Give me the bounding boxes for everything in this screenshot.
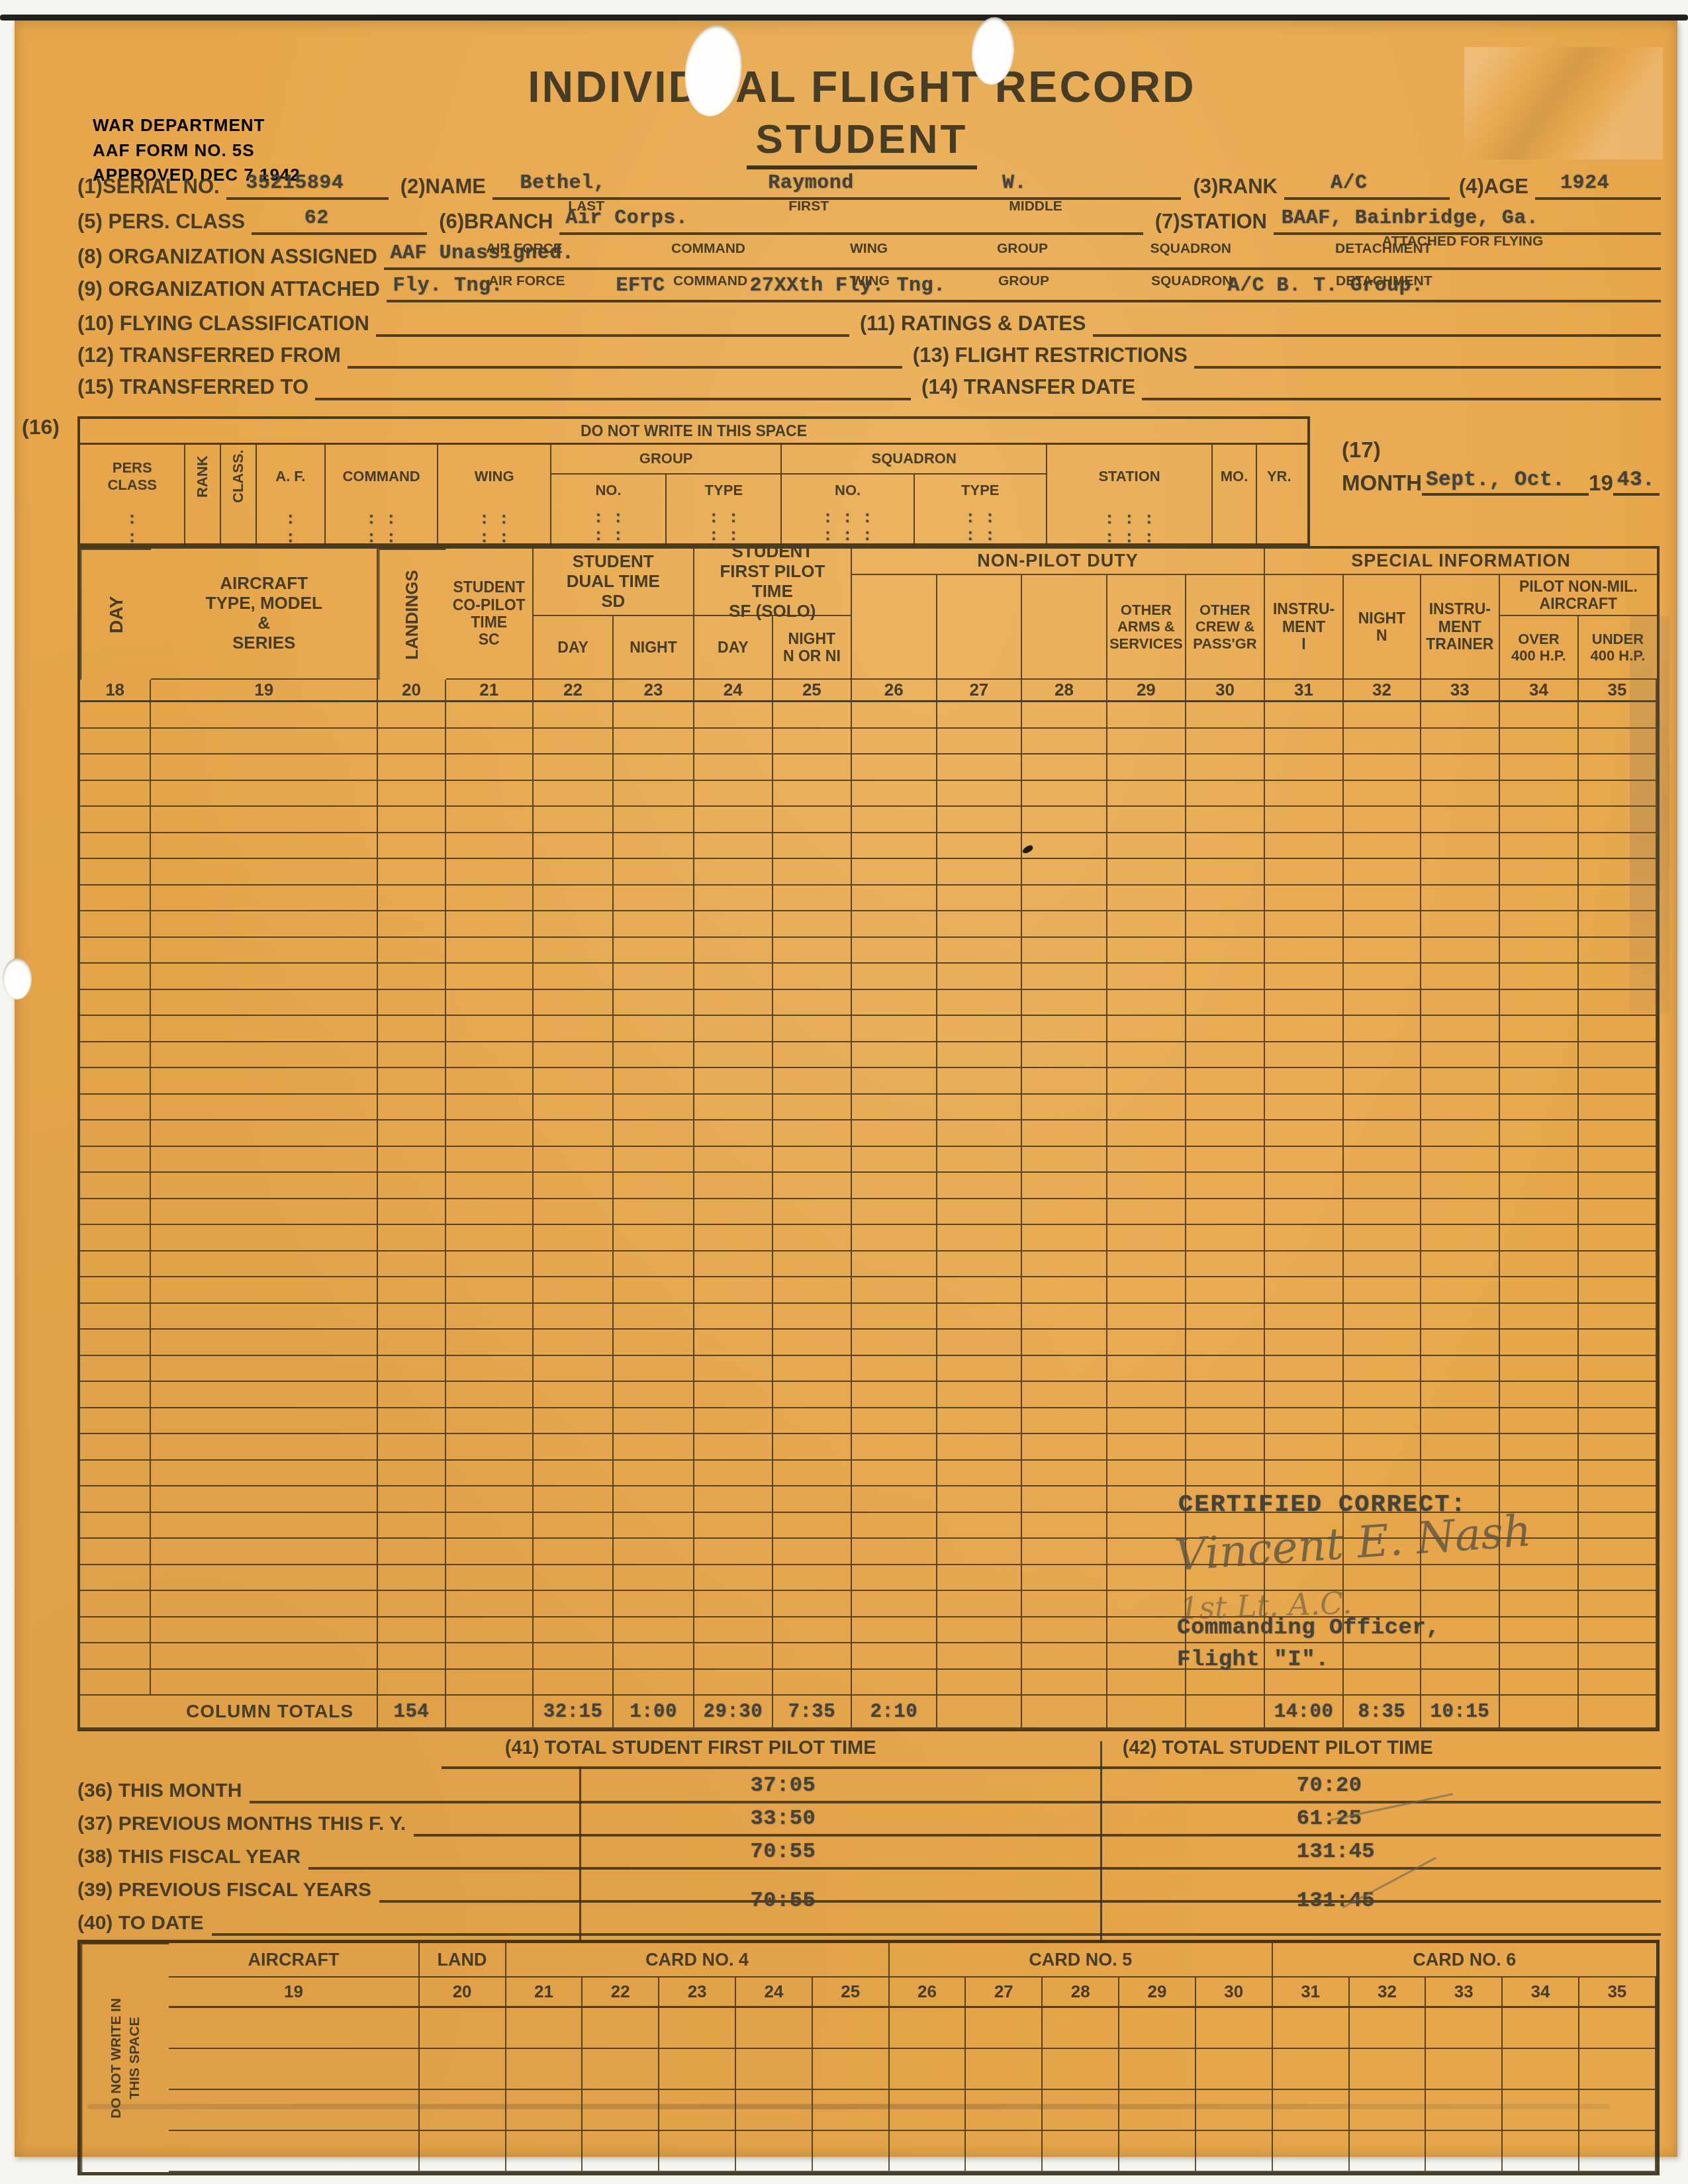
bottom-grid-cell bbox=[1273, 2008, 1350, 2049]
grid-cell bbox=[378, 990, 445, 1017]
grid-cell bbox=[1022, 1095, 1107, 1121]
grid-cell bbox=[446, 1304, 534, 1330]
totals-row-37: (37) PREVIOUS MONTHS THIS F. Y. 33:50 61… bbox=[77, 1803, 1661, 1837]
field-row-15-14: (15) TRANSFERRED TO (14) TRANSFER DATE bbox=[77, 367, 1661, 400]
box16-af-dots: : : bbox=[257, 508, 324, 547]
grid-cell bbox=[446, 1173, 534, 1199]
grid-cell bbox=[614, 1382, 694, 1408]
grid-cell bbox=[534, 1670, 614, 1696]
grid-cell bbox=[378, 1095, 445, 1121]
bottom-grid-cell bbox=[1119, 2049, 1196, 2090]
grid-cell bbox=[1186, 911, 1265, 938]
grid-cell bbox=[1344, 833, 1421, 860]
grid-cell bbox=[1579, 990, 1657, 1017]
grid-cell bbox=[1265, 1461, 1344, 1487]
grid-cell bbox=[80, 781, 151, 807]
grid-cell bbox=[1265, 1042, 1344, 1069]
box16-col-group: GROUP NO. TYPE : : : : : : : : bbox=[551, 445, 782, 546]
grid-cell bbox=[1022, 1670, 1107, 1696]
box16-station-header: STATION bbox=[1047, 445, 1211, 508]
grid-cell bbox=[1344, 1591, 1421, 1617]
grid-cell bbox=[937, 964, 1023, 990]
grid-cell bbox=[378, 1486, 445, 1513]
grid-cell bbox=[852, 702, 937, 729]
grid-cell bbox=[614, 1486, 694, 1513]
scan-edge-shadow bbox=[0, 15, 1688, 21]
box16-group-subheaders: NO. TYPE bbox=[551, 475, 781, 507]
grid-cell bbox=[1344, 1068, 1421, 1095]
grid-cell bbox=[1107, 754, 1186, 781]
grid-cell bbox=[852, 1382, 937, 1408]
grid-cell bbox=[1344, 729, 1421, 755]
grid-cell bbox=[151, 1016, 378, 1042]
grid-cell bbox=[1265, 781, 1344, 807]
grid-cell bbox=[852, 1513, 937, 1539]
box16-group-no-dots: : : : : bbox=[551, 507, 667, 546]
grid-cell bbox=[446, 1539, 534, 1565]
field-row-12-13: (12) TRANSFERRED FROM (13) FLIGHT RESTRI… bbox=[77, 336, 1661, 369]
org-sub-detachment: DETACHMENT bbox=[1335, 241, 1431, 257]
col-instrument-header: INSTRU- MENT I bbox=[1265, 575, 1344, 680]
grid-cell bbox=[1022, 1356, 1107, 1383]
grid-cell bbox=[614, 1277, 694, 1304]
grid-cell bbox=[378, 1513, 445, 1539]
grid-cell bbox=[1265, 1277, 1344, 1304]
grid-cell bbox=[1265, 859, 1344, 886]
grid-cell bbox=[1421, 938, 1500, 964]
grid-cell bbox=[1186, 1016, 1265, 1042]
grid-cell bbox=[151, 1486, 378, 1513]
grid-cell bbox=[937, 729, 1023, 755]
grid-cell bbox=[1186, 1330, 1265, 1356]
month-printed-19: 19 bbox=[1589, 471, 1613, 496]
grid-cell bbox=[80, 911, 151, 938]
grid-cell bbox=[446, 1670, 534, 1696]
bottom-grid-cell bbox=[1579, 2090, 1656, 2131]
grid-cell bbox=[773, 964, 852, 990]
grid-cell bbox=[1421, 964, 1500, 990]
grid-cell bbox=[80, 1330, 151, 1356]
grid-cell bbox=[1265, 729, 1344, 755]
grid-cell bbox=[1421, 886, 1500, 912]
column-totals-label: COLUMN TOTALS bbox=[80, 1696, 378, 1729]
col-instrument-trainer-header: INSTRU- MENT TRAINER bbox=[1421, 575, 1500, 680]
grid-cell bbox=[151, 1513, 378, 1539]
grid-cell bbox=[694, 1670, 773, 1696]
grid-cell bbox=[1579, 1408, 1657, 1435]
grid-cell bbox=[1344, 1408, 1421, 1435]
bottom-grid-cell bbox=[1043, 2008, 1119, 2049]
grid-cell bbox=[80, 938, 151, 964]
grid-cell bbox=[852, 1356, 937, 1383]
grid-cell bbox=[1579, 1016, 1657, 1042]
col-aircraft-header: AIRCRAFT TYPE, MODEL & SERIES bbox=[151, 549, 378, 680]
column-total-cell: 8:35 bbox=[1344, 1696, 1421, 1729]
grid-cell bbox=[378, 911, 445, 938]
grid-cell bbox=[1107, 729, 1186, 755]
branch-label: (6)BRANCH bbox=[427, 210, 559, 235]
grid-cell bbox=[1344, 938, 1421, 964]
grid-cell bbox=[1022, 1173, 1107, 1199]
grid-cell bbox=[773, 781, 852, 807]
bottom-grid-cell bbox=[1350, 2131, 1427, 2172]
bottom-grid-cell bbox=[736, 2008, 813, 2049]
grid-cell bbox=[1186, 990, 1265, 1017]
grid-cell bbox=[1421, 781, 1500, 807]
grid-cell bbox=[1107, 1199, 1186, 1226]
totals-row-40: (40) TO DATE 70:55 131:45 bbox=[77, 1903, 1661, 1936]
grid-cell bbox=[694, 1277, 773, 1304]
box16-command-dots: : : : : bbox=[326, 508, 438, 547]
grid-cell bbox=[534, 1095, 614, 1121]
bottom-column-number-cell: 27 bbox=[966, 1978, 1043, 2008]
column-total-cell: 1:00 bbox=[614, 1696, 694, 1729]
grid-cell bbox=[773, 911, 852, 938]
grid-cell bbox=[1186, 1277, 1265, 1304]
grid-cell bbox=[1022, 1486, 1107, 1513]
grid-cell bbox=[1265, 1068, 1344, 1095]
grid-cell bbox=[1579, 729, 1657, 755]
bottom-grid-cell bbox=[966, 2131, 1043, 2172]
box16-wing-header: WING bbox=[438, 445, 550, 508]
grid-cell bbox=[378, 886, 445, 912]
grid-cell bbox=[614, 1330, 694, 1356]
grid-cell bbox=[1022, 1120, 1107, 1147]
grid-cell bbox=[694, 911, 773, 938]
grid-cell bbox=[1421, 1382, 1500, 1408]
grid-cell bbox=[1500, 702, 1579, 729]
grid-cell bbox=[1265, 1095, 1344, 1121]
grid-cell bbox=[773, 859, 852, 886]
flying-classification-line bbox=[376, 304, 849, 337]
grid-cell bbox=[378, 1277, 445, 1304]
grid-cell bbox=[1500, 1330, 1579, 1356]
grid-cell bbox=[1500, 1068, 1579, 1095]
grid-cell bbox=[151, 859, 378, 886]
box16-col-pers-class: PERS CLASS : : bbox=[80, 445, 185, 546]
grid-cell bbox=[151, 886, 378, 912]
grid-cell bbox=[694, 1513, 773, 1539]
grid-cell bbox=[614, 807, 694, 833]
bottom-grid-cell bbox=[890, 2131, 966, 2172]
grid-cell bbox=[446, 1330, 534, 1356]
column-number-cell: 27 bbox=[937, 680, 1023, 702]
grid-cell bbox=[937, 1565, 1023, 1592]
this-month-v42: 70:20 bbox=[1297, 1773, 1362, 1797]
grid-cell bbox=[151, 911, 378, 938]
org-attached-label: (9) ORGANIZATION ATTACHED bbox=[77, 277, 387, 302]
box16-col-yr: YR. bbox=[1257, 445, 1301, 546]
grid-cell bbox=[694, 1539, 773, 1565]
grid-cell bbox=[1500, 754, 1579, 781]
grid-cell bbox=[614, 964, 694, 990]
grid-cell bbox=[446, 1225, 534, 1251]
bottom-column-number-cell: 24 bbox=[736, 1978, 813, 2008]
bottom-grid-cell bbox=[966, 2090, 1043, 2131]
grid-cell bbox=[1107, 911, 1186, 938]
grid-cell bbox=[1344, 1382, 1421, 1408]
column-number-cell: 25 bbox=[773, 680, 852, 702]
column-number-cell: 28 bbox=[1022, 680, 1107, 702]
grid-cell bbox=[1022, 1617, 1107, 1644]
org-attached-command-value: EFTC bbox=[616, 275, 665, 297]
bottom-grid-cell bbox=[890, 2090, 966, 2131]
serial-value-line: 35215894 bbox=[226, 167, 389, 200]
grid-cell bbox=[937, 1486, 1023, 1513]
bottom-grid-cell bbox=[1426, 2131, 1503, 2172]
grid-cell bbox=[378, 1565, 445, 1592]
bottom-grid-cell bbox=[1579, 2131, 1656, 2172]
bottom-grid-cell bbox=[1350, 2008, 1427, 2049]
grid-cell bbox=[1186, 1461, 1265, 1487]
grid-cell bbox=[1107, 938, 1186, 964]
grid-cell bbox=[1344, 1461, 1421, 1487]
grid-cell bbox=[614, 859, 694, 886]
group-special-information-header: SPECIAL INFORMATION bbox=[1265, 549, 1657, 575]
grid-cell bbox=[1107, 1434, 1186, 1461]
totals-row-39: (39) PREVIOUS FISCAL YEARS bbox=[77, 1870, 1661, 1903]
grid-cell bbox=[614, 886, 694, 912]
grid-cell bbox=[1500, 886, 1579, 912]
grid-cell bbox=[378, 754, 445, 781]
grid-cell bbox=[534, 1199, 614, 1226]
group-non-pilot-duty-header: NON-PILOT DUTY bbox=[852, 549, 1265, 575]
grid-cell bbox=[1265, 1330, 1344, 1356]
bottom-grid-cell bbox=[659, 2049, 736, 2090]
ratings-dates-line bbox=[1093, 304, 1661, 337]
org-sub-command-2: COMMAND bbox=[673, 273, 747, 289]
grid-cell bbox=[378, 938, 445, 964]
bottom-grid-cell bbox=[1426, 2049, 1503, 2090]
grid-cell bbox=[694, 754, 773, 781]
box16-col-station: STATION : : : : : : bbox=[1047, 445, 1213, 546]
box16-squadron-subheaders: NO. TYPE bbox=[782, 475, 1045, 507]
grid-cell bbox=[773, 1068, 852, 1095]
grid-cell bbox=[773, 833, 852, 860]
box16-mo-dots bbox=[1213, 508, 1256, 546]
bottom-grid-cell bbox=[813, 2131, 890, 2172]
grid-cell bbox=[937, 1199, 1023, 1226]
column-number-cell: 22 bbox=[534, 680, 614, 702]
grid-cell bbox=[694, 964, 773, 990]
grid-cell bbox=[534, 1120, 614, 1147]
bottom-grid-cell bbox=[583, 2090, 659, 2131]
grid-cell bbox=[1500, 1225, 1579, 1251]
grid-cell bbox=[1022, 1408, 1107, 1435]
grid-cell bbox=[80, 859, 151, 886]
bottom-grid-cell bbox=[1350, 2049, 1427, 2090]
box16-group-no-header: NO. bbox=[551, 475, 667, 507]
grid-cell bbox=[1500, 807, 1579, 833]
grid-cell bbox=[80, 1277, 151, 1304]
grid-cell bbox=[1421, 1199, 1500, 1226]
grid-cell bbox=[1500, 1461, 1579, 1487]
grid-cell bbox=[852, 1225, 937, 1251]
transfer-date-label: (14) TRANSFER DATE bbox=[911, 375, 1142, 400]
grid-cell bbox=[773, 1434, 852, 1461]
bottom-grid-cell bbox=[1273, 2049, 1350, 2090]
column-number-cell: 26 bbox=[852, 680, 937, 702]
grid-cell bbox=[446, 807, 534, 833]
previous-fiscal-years-label: (39) PREVIOUS FISCAL YEARS bbox=[77, 1879, 379, 1903]
bottom-column-number-cell: 25 bbox=[813, 1978, 890, 2008]
grid-cell bbox=[1421, 1330, 1500, 1356]
grid-cell bbox=[378, 1591, 445, 1617]
grid-cell bbox=[614, 1173, 694, 1199]
grid-cell bbox=[852, 1199, 937, 1226]
grid-cell bbox=[1265, 1016, 1344, 1042]
bottom-grid-cell bbox=[1196, 2090, 1273, 2131]
grid-cell bbox=[694, 1199, 773, 1226]
grid-cell bbox=[773, 1617, 852, 1644]
grid-cell bbox=[1344, 1042, 1421, 1069]
org-sub-airforce-2: AIR FORCE bbox=[489, 273, 565, 289]
grid-cell bbox=[1500, 1095, 1579, 1121]
bottom-grid-cell bbox=[1119, 2008, 1196, 2049]
grid-cell bbox=[534, 702, 614, 729]
grid-cell bbox=[937, 1304, 1023, 1330]
org-assigned-value-line: AAF Unassigned. AIR FORCE COMMAND WING G… bbox=[384, 237, 1661, 270]
grid-cell bbox=[446, 938, 534, 964]
bottom-grid-cell bbox=[169, 2090, 419, 2131]
grid-cell bbox=[852, 938, 937, 964]
column-total-cell: 14:00 bbox=[1265, 1696, 1344, 1729]
column-number-cell: 29 bbox=[1107, 680, 1186, 702]
grid-cell bbox=[1579, 1356, 1657, 1383]
name-last-value: Bethel, bbox=[520, 172, 606, 195]
grid-cell bbox=[937, 1225, 1023, 1251]
grid-cell bbox=[694, 886, 773, 912]
serial-value: 35215894 bbox=[246, 172, 344, 195]
grid-cell bbox=[937, 1643, 1023, 1670]
grid-cell bbox=[80, 1408, 151, 1435]
grid-cell bbox=[446, 964, 534, 990]
grid-cell bbox=[378, 729, 445, 755]
grid-cell bbox=[1022, 911, 1107, 938]
pers-class-value-line: 62 bbox=[252, 202, 427, 235]
grid-cell bbox=[378, 807, 445, 833]
bottom-column-number-cell: 30 bbox=[1196, 1978, 1273, 2008]
grid-cell bbox=[534, 964, 614, 990]
grid-cell bbox=[1344, 1199, 1421, 1226]
grid-cell bbox=[694, 859, 773, 886]
grid-cell bbox=[80, 1539, 151, 1565]
grid-cell bbox=[937, 1382, 1023, 1408]
grid-cell bbox=[614, 1513, 694, 1539]
grid-cell bbox=[1107, 1643, 1186, 1670]
grid-cell bbox=[80, 1565, 151, 1592]
grid-cell bbox=[937, 1068, 1023, 1095]
column-number-cell: 30 bbox=[1186, 680, 1265, 702]
grid-cell bbox=[1421, 1095, 1500, 1121]
grid-cell bbox=[534, 1277, 614, 1304]
grid-cell bbox=[1022, 1042, 1107, 1069]
bottom-grid-cell bbox=[420, 2049, 506, 2090]
column-number-cell: 21 bbox=[446, 680, 534, 702]
grid-cell bbox=[1579, 702, 1657, 729]
box16-col-class: CLASS. bbox=[221, 445, 257, 546]
grid-cell bbox=[1421, 911, 1500, 938]
grid-cell bbox=[151, 1434, 378, 1461]
grid-cell bbox=[378, 1016, 445, 1042]
grid-cell bbox=[1022, 1591, 1107, 1617]
to-date-label: (40) TO DATE bbox=[77, 1912, 212, 1936]
crease-stain bbox=[1464, 47, 1663, 159]
grid-cell bbox=[1186, 754, 1265, 781]
previous-months-label: (37) PREVIOUS MONTHS THIS F. Y. bbox=[77, 1813, 414, 1837]
box16-columns: PERS CLASS : : RANK CLASS. A. F. : : COM… bbox=[80, 445, 1307, 546]
grid-cell bbox=[1265, 1408, 1344, 1435]
grid-cell bbox=[852, 1173, 937, 1199]
grid-cell bbox=[1107, 1251, 1186, 1278]
grid-cell bbox=[378, 1251, 445, 1278]
grid-cell bbox=[1344, 1434, 1421, 1461]
grid-cell bbox=[1421, 1434, 1500, 1461]
grid-cell bbox=[1186, 1251, 1265, 1278]
grid-cell bbox=[852, 754, 937, 781]
grid-cell bbox=[80, 1120, 151, 1147]
form-title-line1: INDIVIDUAL FLIGHT RECORD bbox=[471, 62, 1252, 112]
grid-cell bbox=[534, 1513, 614, 1539]
grid-cell bbox=[80, 1486, 151, 1513]
box16-col-squadron: SQUADRON NO. TYPE : : : : : : : : : : bbox=[782, 445, 1047, 546]
grid-cell bbox=[1500, 1147, 1579, 1173]
grid-cell bbox=[151, 964, 378, 990]
bottom-grid-cell bbox=[1503, 2131, 1579, 2172]
grid-cell bbox=[1022, 886, 1107, 912]
grid-cell bbox=[378, 1670, 445, 1696]
grid-cell bbox=[378, 1147, 445, 1173]
grid-cell bbox=[534, 1042, 614, 1069]
grid-cell bbox=[378, 1617, 445, 1644]
grid-cell bbox=[1022, 1016, 1107, 1042]
grid-cell bbox=[1022, 1147, 1107, 1173]
grid-cell bbox=[1421, 754, 1500, 781]
transferred-from-label: (12) TRANSFERRED FROM bbox=[77, 343, 348, 369]
grid-cell bbox=[1265, 938, 1344, 964]
grid-cell bbox=[534, 1565, 614, 1592]
grid-cell bbox=[1344, 1095, 1421, 1121]
box16-group-type-dots: : : : : bbox=[667, 507, 780, 546]
box16-mo-header: MO. bbox=[1213, 445, 1256, 508]
grid-cell bbox=[80, 990, 151, 1017]
bottom-grid-cell bbox=[659, 2131, 736, 2172]
grid-cell bbox=[1107, 1225, 1186, 1251]
grid-cell bbox=[378, 1643, 445, 1670]
grid-cell bbox=[614, 1591, 694, 1617]
grid-cell bbox=[1579, 1225, 1657, 1251]
grid-cell bbox=[1186, 1304, 1265, 1330]
grid-cell bbox=[80, 729, 151, 755]
grid-cell bbox=[614, 911, 694, 938]
grid-cell bbox=[937, 702, 1023, 729]
grid-cell bbox=[1186, 1068, 1265, 1095]
grid-cell bbox=[614, 1408, 694, 1435]
grid-cell bbox=[694, 1356, 773, 1383]
grid-cell bbox=[151, 1591, 378, 1617]
org-sub-wing: WING bbox=[850, 241, 888, 257]
grid-cell bbox=[1579, 1068, 1657, 1095]
grid-cell bbox=[614, 1565, 694, 1592]
totals-row-36: (36) THIS MONTH 37:05 70:20 bbox=[77, 1770, 1661, 1803]
grid-cell bbox=[852, 1251, 937, 1278]
grid-cell bbox=[446, 1356, 534, 1383]
bottom-column-number-cell: 35 bbox=[1579, 1978, 1656, 2008]
agency-line1: WAR DEPARTMENT bbox=[93, 113, 301, 138]
grid-cell bbox=[614, 702, 694, 729]
grid-cell bbox=[937, 1591, 1023, 1617]
bottom-column-number-cell: 21 bbox=[506, 1978, 583, 2008]
